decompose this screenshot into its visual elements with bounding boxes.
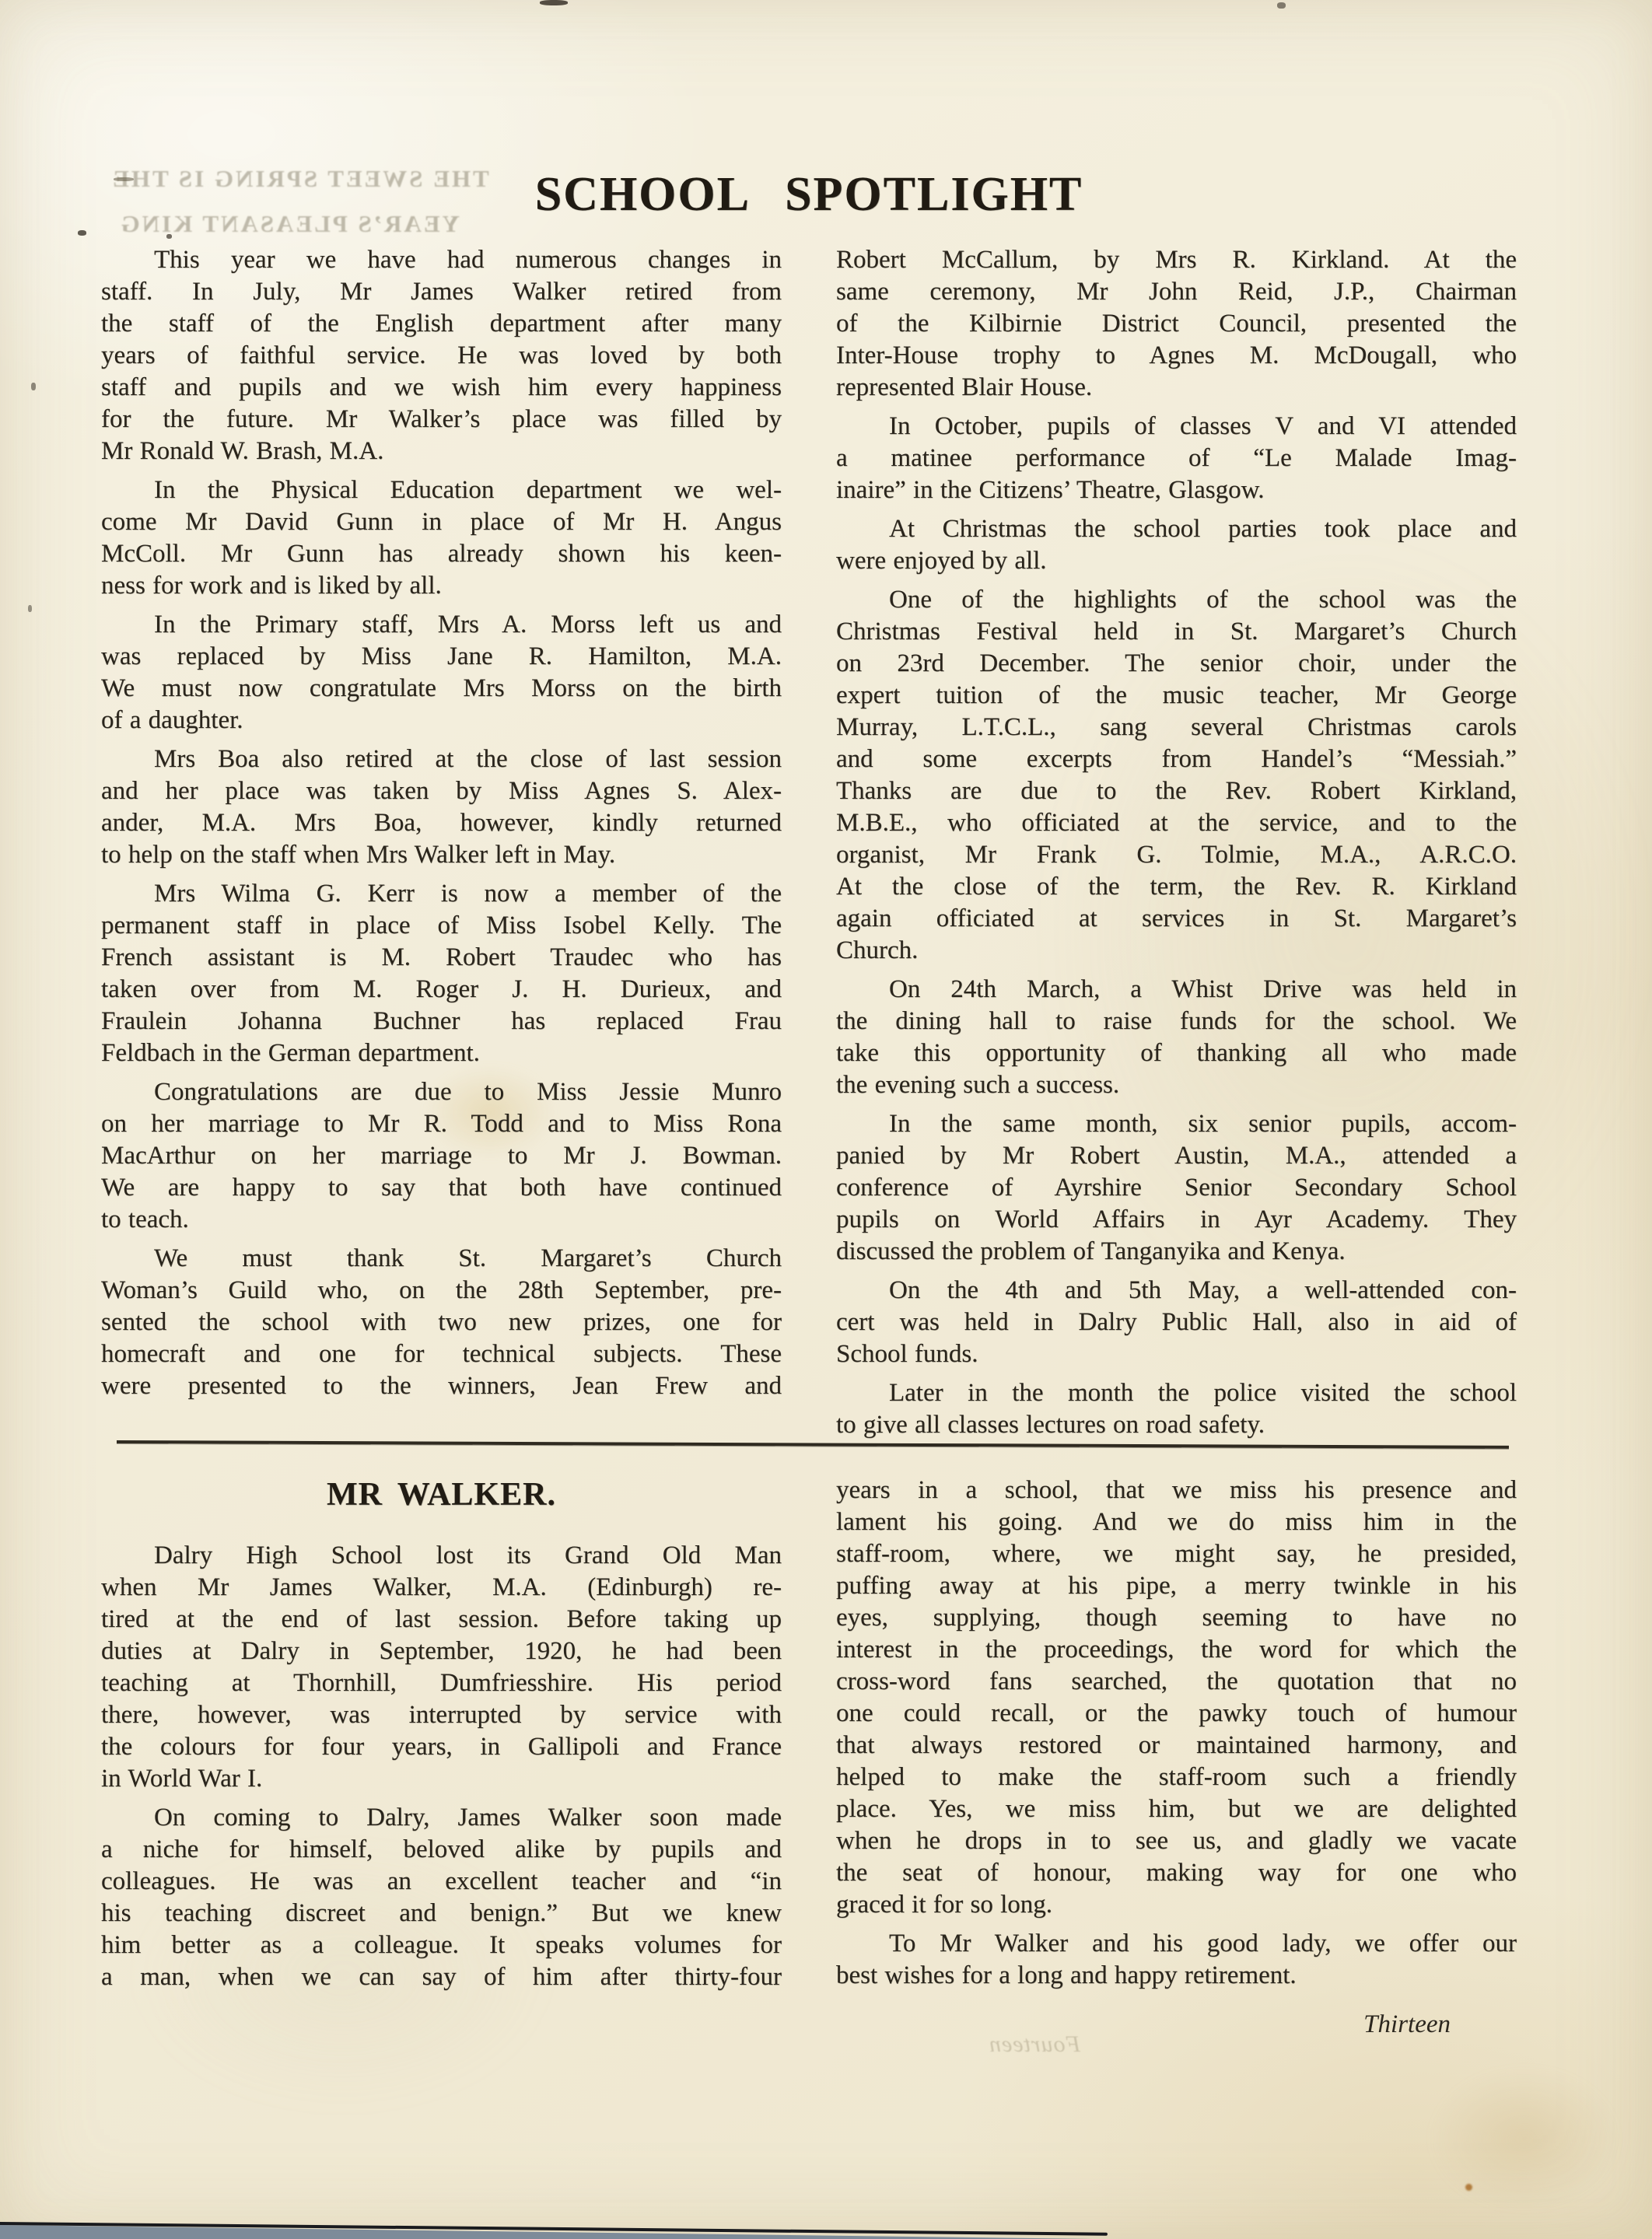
paragraph: In the same month, six senior pupils, ac…: [836, 1108, 1517, 1268]
text-line: was replaced by Miss Jane R. Hamilton, M…: [101, 641, 782, 673]
text-line: Inter-House trophy to Agnes M. McDougall…: [836, 340, 1517, 372]
text-line: taken over from M. Roger J. H. Durieux, …: [101, 974, 782, 1006]
text-line: duties at Dalry in September, 1920, he h…: [101, 1636, 782, 1667]
spotlight-right-column: Robert McCallum, by Mrs R. Kirkland. At …: [836, 244, 1517, 1441]
paragraph: Mrs Wilma G. Kerr is now a member of the…: [101, 878, 782, 1069]
text-line: staff. In July, Mr James Walker retired …: [101, 276, 782, 308]
text-line: In the Physical Education department we …: [101, 474, 782, 506]
text-line: Robert McCallum, by Mrs R. Kirkland. At …: [836, 244, 1517, 276]
paragraph: In the Physical Education department we …: [101, 474, 782, 602]
paragraph: Congratulations are due to Miss Jessie M…: [101, 1076, 782, 1236]
text-line: one could recall, or the pawky touch of …: [836, 1698, 1517, 1730]
paragraph: Dalry High School lost its Grand Old Man…: [101, 1540, 782, 1795]
text-line: Church.: [836, 935, 1517, 967]
text-line: of a daughter.: [101, 705, 782, 736]
text-line: graced it for so long.: [836, 1889, 1517, 1921]
paragraph: years in a school, that we miss his pres…: [836, 1475, 1517, 1921]
text-line: Fraulein Johanna Buchner has replaced Fr…: [101, 1006, 782, 1037]
text-line: permanent staff in place of Miss Isobel …: [101, 910, 782, 942]
ink-speck: [31, 383, 36, 390]
paragraph: We must thank St. Margaret’s ChurchWoman…: [101, 1243, 782, 1402]
text-line: were enjoyed by all.: [836, 545, 1517, 577]
text-line: years in a school, that we miss his pres…: [836, 1475, 1517, 1506]
text-line: helped to make the staff-room such a fri…: [836, 1761, 1517, 1793]
text-line: his teaching discreet and benign.” But w…: [101, 1898, 782, 1929]
text-line: To Mr Walker and his good lady, we offer…: [836, 1928, 1517, 1960]
paragraph: In the Primary staff, Mrs A. Morss left …: [101, 609, 782, 736]
text-line: conference of Ayrshire Senior Secondary …: [836, 1172, 1517, 1204]
text-line: and some excerpts from Handel’s “Messiah…: [836, 743, 1517, 775]
text-line: staff-room, where, we might say, he pres…: [836, 1538, 1517, 1570]
text-line: eyes, supplying, though seeming to have …: [836, 1602, 1517, 1634]
text-line: interest in the proceedings, the word fo…: [836, 1634, 1517, 1666]
text-line: the evening such a success.: [836, 1069, 1517, 1101]
text-line: when Mr James Walker, M.A. (Edinburgh) r…: [101, 1572, 782, 1604]
text-line: Dalry High School lost its Grand Old Man: [101, 1540, 782, 1572]
text-line: One of the highlights of the school was …: [836, 584, 1517, 616]
text-line: MacArthur on her marriage to Mr J. Bowma…: [101, 1140, 782, 1172]
text-line: organist, Mr Frank G. Tolmie, M.A., A.R.…: [836, 839, 1517, 871]
text-line: years of faithful service. He was loved …: [101, 340, 782, 372]
text-line: to teach.: [101, 1204, 782, 1236]
text-line: In the same month, six senior pupils, ac…: [836, 1108, 1517, 1140]
text-line: We are happy to say that both have conti…: [101, 1172, 782, 1204]
paragraph: To Mr Walker and his good lady, we offer…: [836, 1928, 1517, 1992]
text-line: School funds.: [836, 1338, 1517, 1370]
text-line: represented Blair House.: [836, 372, 1517, 404]
text-line: for the future. Mr Walker’s place was fi…: [101, 404, 782, 436]
text-line: At Christmas the school parties took pla…: [836, 513, 1517, 545]
text-line: In the Primary staff, Mrs A. Morss left …: [101, 609, 782, 641]
ink-speck: [28, 605, 32, 612]
text-line: ness for work and is liked by all.: [101, 570, 782, 602]
text-line: Murray, L.T.C.L., sang several Christmas…: [836, 712, 1517, 743]
paragraph: Mrs Boa also retired at the close of las…: [101, 743, 782, 871]
text-line: colleagues. He was an excellent teacher …: [101, 1866, 782, 1898]
spotlight-left-column: This year we have had numerous changes i…: [101, 244, 782, 1441]
paragraph: This year we have had numerous changes i…: [101, 244, 782, 467]
text-line: a niche for himself, beloved alike by pu…: [101, 1834, 782, 1866]
page-title: SCHOOL SPOTLIGHT: [101, 170, 1517, 219]
text-line: in World War I.: [101, 1763, 782, 1795]
text-line: lament his going. And we do miss him in …: [836, 1506, 1517, 1538]
paragraph: In October, pupils of classes V and VI a…: [836, 411, 1517, 506]
text-line: cross-word fans searched, the quotation …: [836, 1666, 1517, 1698]
rust-speck: [1465, 2184, 1472, 2191]
text-line: Mrs Boa also retired at the close of las…: [101, 743, 782, 775]
text-line: Mr Ronald W. Brash, M.A.: [101, 436, 782, 467]
walker-section: MR WALKER. Dalry High School lost its Gr…: [101, 1475, 1517, 2041]
text-line: Later in the month the police visited th…: [836, 1377, 1517, 1409]
text-line: best wishes for a long and happy retirem…: [836, 1960, 1517, 1992]
text-line: On coming to Dalry, James Walker soon ma…: [101, 1802, 782, 1834]
section-divider-rule: [117, 1440, 1509, 1449]
text-line: panied by Mr Robert Austin, M.A., attend…: [836, 1140, 1517, 1172]
walker-right-text: years in a school, that we miss his pres…: [836, 1475, 1517, 1992]
paragraph: On 24th March, a Whist Drive was held in…: [836, 974, 1517, 1101]
text-line: McColl. Mr Gunn has already shown his ke…: [101, 538, 782, 570]
text-line: We must thank St. Margaret’s Church: [101, 1243, 782, 1275]
text-line: on 23rd December. The senior choir, unde…: [836, 648, 1517, 680]
text-line: were presented to the winners, Jean Frew…: [101, 1370, 782, 1402]
text-line: On 24th March, a Whist Drive was held in: [836, 974, 1517, 1006]
text-line: sented the school with two new prizes, o…: [101, 1307, 782, 1338]
text-line: there, however, was interrupted by servi…: [101, 1699, 782, 1731]
text-line: On the 4th and 5th May, a well-attended …: [836, 1275, 1517, 1307]
text-line: of the Kilbirnie District Council, prese…: [836, 308, 1517, 340]
text-line: Woman’s Guild who, on the 28th September…: [101, 1275, 782, 1307]
text-line: French assistant is M. Robert Traudec wh…: [101, 942, 782, 974]
text-line: the seat of honour, making way for one w…: [836, 1857, 1517, 1889]
ink-speck: [1277, 2, 1286, 9]
text-line: In October, pupils of classes V and VI a…: [836, 411, 1517, 443]
walker-left-column: MR WALKER. Dalry High School lost its Gr…: [101, 1475, 782, 2041]
text-line: M.B.E., who officiated at the service, a…: [836, 807, 1517, 839]
ink-speck: [78, 230, 86, 236]
text-line: take this opportunity of thanking all wh…: [836, 1037, 1517, 1069]
text-line: pupils on World Affairs in Ayr Academy. …: [836, 1204, 1517, 1236]
text-line: the dining hall to raise funds for the s…: [836, 1006, 1517, 1037]
walker-left-text: Dalry High School lost its Grand Old Man…: [101, 1540, 782, 1993]
text-line: cert was held in Dalry Public Hall, also…: [836, 1307, 1517, 1338]
text-line: that always restored or maintained harmo…: [836, 1730, 1517, 1761]
text-line: him better as a colleague. It speaks vol…: [101, 1929, 782, 1961]
text-line: ander, M.A. Mrs Boa, however, kindly ret…: [101, 807, 782, 839]
text-line: inaire” in the Citizens’ Theatre, Glasgo…: [836, 474, 1517, 506]
text-line: when he drops in to see us, and gladly w…: [836, 1825, 1517, 1857]
text-line: again officiated at services in St. Marg…: [836, 903, 1517, 935]
paragraph: Robert McCallum, by Mrs R. Kirkland. At …: [836, 244, 1517, 404]
text-line: and her place was taken by Miss Agnes S.…: [101, 775, 782, 807]
text-line: the colours for four years, in Gallipoli…: [101, 1731, 782, 1763]
text-line: Feldbach in the German department.: [101, 1037, 782, 1069]
text-line: to help on the staff when Mrs Walker lef…: [101, 839, 782, 871]
text-line: Congratulations are due to Miss Jessie M…: [101, 1076, 782, 1108]
walker-right-column: years in a school, that we miss his pres…: [836, 1475, 1517, 2041]
paragraph: At Christmas the school parties took pla…: [836, 513, 1517, 577]
paragraph: On coming to Dalry, James Walker soon ma…: [101, 1802, 782, 1993]
text-line: place. Yes, we miss him, but we are deli…: [836, 1793, 1517, 1825]
text-line: same ceremony, Mr John Reid, J.P., Chair…: [836, 276, 1517, 308]
text-line: a man, when we can say of him after thir…: [101, 1961, 782, 1993]
text-line: discussed the problem of Tanganyika and …: [836, 1236, 1517, 1268]
text-line: puffing away at his pipe, a merry twinkl…: [836, 1570, 1517, 1602]
spotlight-section: This year we have had numerous changes i…: [101, 244, 1517, 1441]
text-line: Thanks are due to the Rev. Robert Kirkla…: [836, 775, 1517, 807]
text-line: tired at the end of last session. Before…: [101, 1604, 782, 1636]
paper-stain: [1431, 2069, 1618, 2209]
paragraph: Later in the month the police visited th…: [836, 1377, 1517, 1441]
text-line: staff and pupils and we wish him every h…: [101, 372, 782, 404]
text-line: on her marriage to Mr R. Todd and to Mis…: [101, 1108, 782, 1140]
text-line: Mrs Wilma G. Kerr is now a member of the: [101, 878, 782, 910]
text-line: Christmas Festival held in St. Margaret’…: [836, 616, 1517, 648]
text-line: the staff of the English department afte…: [101, 308, 782, 340]
text-line: expert tuition of the music teacher, Mr …: [836, 680, 1517, 712]
text-line: a matinee performance of “Le Malade Imag…: [836, 443, 1517, 474]
page-number: Thirteen: [836, 2009, 1517, 2041]
paragraph: One of the highlights of the school was …: [836, 584, 1517, 967]
paragraph: On the 4th and 5th May, a well-attended …: [836, 1275, 1517, 1370]
text-line: At the close of the term, the Rev. R. Ki…: [836, 871, 1517, 903]
text-line: teaching at Thornhill, Dumfriesshire. Hi…: [101, 1667, 782, 1699]
text-line: homecraft and one for technical subjects…: [101, 1338, 782, 1370]
text-line: We must now congratulate Mrs Morss on th…: [101, 673, 782, 705]
ink-speck: [540, 0, 568, 5]
text-line: come Mr David Gunn in place of Mr H. Ang…: [101, 506, 782, 538]
text-line: This year we have had numerous changes i…: [101, 244, 782, 276]
text-line: to give all classes lectures on road saf…: [836, 1409, 1517, 1441]
article-title: MR WALKER.: [101, 1476, 782, 1513]
magazine-page: THE SWEET SPRING IS THE YEAR’S PLEASANT …: [0, 0, 1652, 2239]
